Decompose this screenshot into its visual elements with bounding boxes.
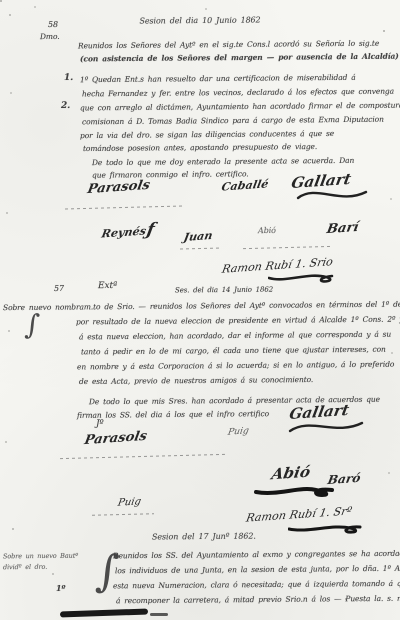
- signature-flourish: [288, 523, 362, 534]
- margin-label: Extª: [98, 281, 117, 291]
- signature-puig-small: Puig: [227, 426, 250, 437]
- rubric-loop: ƒ: [145, 220, 156, 240]
- scan-speckles: [0, 0, 2, 2]
- scan-artifact: [60, 608, 148, 617]
- item-number-2: 2.: [61, 101, 70, 111]
- signature-reynes: Reynés: [101, 224, 148, 240]
- session-heading-3: Sesion del 17 Junº 1862.: [152, 532, 256, 543]
- manuscript-line: tomándose posesion antes, apostando pres…: [83, 142, 317, 154]
- folio-number-2: 57: [54, 284, 64, 294]
- manuscript-line: los individuos de una Junta, en la sesio…: [115, 564, 400, 576]
- signature-puig-2: Puig: [117, 496, 142, 509]
- signature-secretary-2: Ramon Rubí 1. Srº: [245, 504, 353, 524]
- manuscript-line: Reunidos los Señores del Aytº en el sig.…: [78, 39, 379, 52]
- left-brace: ∫: [24, 308, 41, 342]
- manuscript-line: (con asistencia de los Señores del marge…: [80, 52, 399, 65]
- manuscript-line: esta nueva Numeracion, clara ó necesitad…: [113, 579, 400, 592]
- manuscript-line: que firmaron conmigo el infro. certifico…: [92, 169, 249, 180]
- rubric-line: [180, 247, 222, 249]
- manuscript-line: á recomponer la carretera, á mitad previ…: [116, 594, 400, 607]
- item-number: 1º: [56, 583, 65, 593]
- signature-initial: Jº: [96, 419, 104, 429]
- session-heading-2: Ses. del dia 14 Junio 1862: [175, 285, 273, 296]
- signature-parasols-2: Parasols: [83, 429, 148, 448]
- manuscript-line: Sobre nuevo nombram.to de Srio. — reunid…: [3, 299, 400, 313]
- signature-bari: Barí: [325, 220, 359, 237]
- manuscript-line: comisionan á D. Tomas Badia Sindico para…: [82, 115, 384, 128]
- rubric-line: [243, 246, 333, 249]
- manuscript-page: 58 Dmo. Sesion del dia 10 Junio 1862 Reu…: [0, 0, 400, 620]
- signature-abio-small: Abió: [258, 226, 276, 236]
- signature-flourish: [296, 188, 368, 202]
- signature-flourish: [288, 420, 364, 434]
- margin-note-line: dividº el dro.: [3, 562, 47, 572]
- manuscript-line: firman los SS. del dia á los que el infr…: [77, 409, 269, 421]
- session-heading-1: Sesion del dia 10 Junio 1862: [0, 14, 400, 27]
- manuscript-line: por la via del dro. se sigan las diligen…: [80, 129, 334, 141]
- manuscript-line: tanto á pedir en lo de mi cargo, él cada…: [81, 345, 386, 358]
- ditto-mark: Dmo.: [40, 32, 60, 42]
- manuscript-line: De todo lo que me doy enterado la presen…: [92, 156, 354, 168]
- signature-parasols: Parasols: [86, 178, 151, 197]
- manuscript-line: que con arreglo al dictámen, Ayuntamient…: [80, 101, 400, 114]
- rubric-line: [60, 454, 225, 459]
- manuscript-line: en nombre y á esta Corporacion á si lo a…: [77, 360, 394, 373]
- manuscript-line: de esta Acta, previo de nuestros amigos …: [79, 375, 313, 387]
- signature-juan: Juan: [183, 229, 214, 244]
- signature-baro: Baró: [327, 471, 362, 487]
- manuscript-line: á esta nueva eleccion, han acordado, dar…: [79, 330, 391, 343]
- item-number-1: 1.: [64, 73, 73, 83]
- signature-caballe: Caballé: [220, 177, 269, 193]
- rubric-line: [65, 205, 183, 209]
- manuscript-line: Reunidos los SS. del Ayuntamiento al exm…: [113, 549, 400, 562]
- signature-flourish: [254, 484, 336, 497]
- signature-flourish: [268, 272, 334, 283]
- manuscript-line: 1º Quedan Ent.s han resuelto dar una cer…: [80, 73, 356, 85]
- manuscript-line: por resultado de la nueva eleccion de pr…: [76, 315, 400, 328]
- manuscript-line: hecha Fernandez y fer. entre los vecinos…: [82, 87, 394, 100]
- margin-note-line: Sobre un nuevo Bautº: [3, 551, 78, 562]
- scan-artifact: [150, 613, 168, 616]
- signature-abio-2: Abió: [270, 463, 312, 484]
- rubric-line: [92, 513, 154, 516]
